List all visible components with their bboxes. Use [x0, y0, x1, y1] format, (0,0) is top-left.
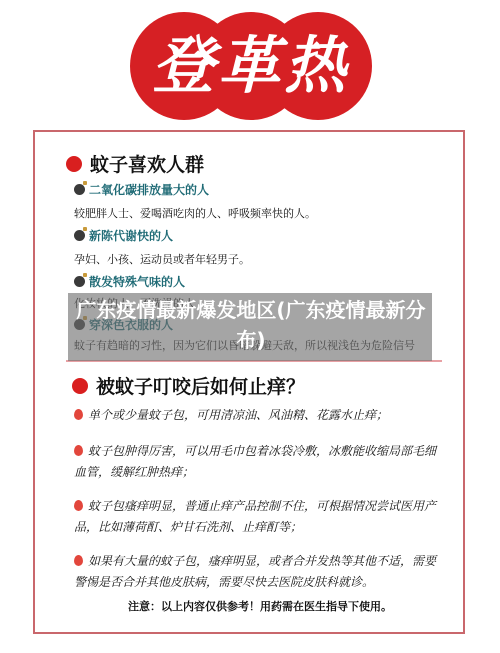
logo-dengue: 登革热 [130, 12, 372, 120]
tip-text: 蚊子包肿得厉害，可以用毛巾包着冰袋冷敷，冰敷能收缩局部毛细血管，缓解红肿热痒； [74, 444, 436, 479]
red-dot-icon [72, 378, 88, 394]
section-title-mosquito-targets: 蚊子喜欢人群 [66, 150, 204, 177]
balloon-icon [74, 500, 83, 511]
tip-item: 蚊子包肿得厉害，可以用毛巾包着冰袋冷敷，冰敷能收缩局部毛细血管，缓解红肿热痒； [74, 441, 436, 483]
logo-title: 登革热 [130, 26, 372, 106]
balloon-icon [74, 409, 83, 420]
group-heading: 散发特殊气味的人 [74, 273, 185, 290]
group-heading-text: 新陈代谢快的人 [89, 227, 173, 244]
tip-item: 单个或少量蚊子包，可用清凉油、风油精、花露水止痒； [74, 405, 436, 426]
group-desc: 孕妇、小孩、运动员或者年轻男子。 [74, 251, 250, 267]
tip-text: 单个或少量蚊子包，可用清凉油、风油精、花露水止痒； [88, 408, 388, 422]
group-heading-text: 散发特殊气味的人 [89, 273, 185, 290]
disclaimer-note: 注意：以上内容仅供参考！用药需在医生指导下使用。 [128, 598, 392, 614]
balloon-icon [74, 445, 83, 456]
caption-overlay: 广东疫情最新爆发地区(广东疫情最新分布) [68, 293, 432, 361]
bomb-icon [74, 230, 85, 241]
tip-text: 如果有大量的蚊子包，瘙痒明显，或者合并发热等其他不适，需要警惕是否合并其他皮肤病… [74, 554, 436, 589]
group-heading: 二氧化碳排放量大的人 [74, 181, 209, 198]
red-dot-icon [66, 156, 82, 172]
section-title-itch-relief: 被蚊子叮咬后如何止痒？ [72, 372, 305, 399]
caption-text: 广东疫情最新爆发地区(广东疫情最新分布) [76, 295, 426, 355]
tip-item: 如果有大量的蚊子包，瘙痒明显，或者合并发热等其他不适，需要警惕是否合并其他皮肤病… [74, 551, 436, 593]
group-desc: 较肥胖人士、爱喝酒吃肉的人、呼吸频率快的人。 [74, 205, 316, 221]
balloon-icon [74, 555, 83, 566]
group-heading: 新陈代谢快的人 [74, 227, 173, 244]
section-title-text: 被蚊子叮咬后如何止痒？ [96, 372, 305, 399]
tip-text: 蚊子包瘙痒明显，普通止痒产品控制不住，可根据情况尝试医用产品，比如薄荷酊、炉甘石… [74, 499, 436, 534]
section-title-text: 蚊子喜欢人群 [90, 150, 204, 177]
tip-item: 蚊子包瘙痒明显，普通止痒产品控制不住，可根据情况尝试医用产品，比如薄荷酊、炉甘石… [74, 496, 436, 538]
group-heading-text: 二氧化碳排放量大的人 [89, 181, 209, 198]
bomb-icon [74, 184, 85, 195]
bomb-icon [74, 276, 85, 287]
